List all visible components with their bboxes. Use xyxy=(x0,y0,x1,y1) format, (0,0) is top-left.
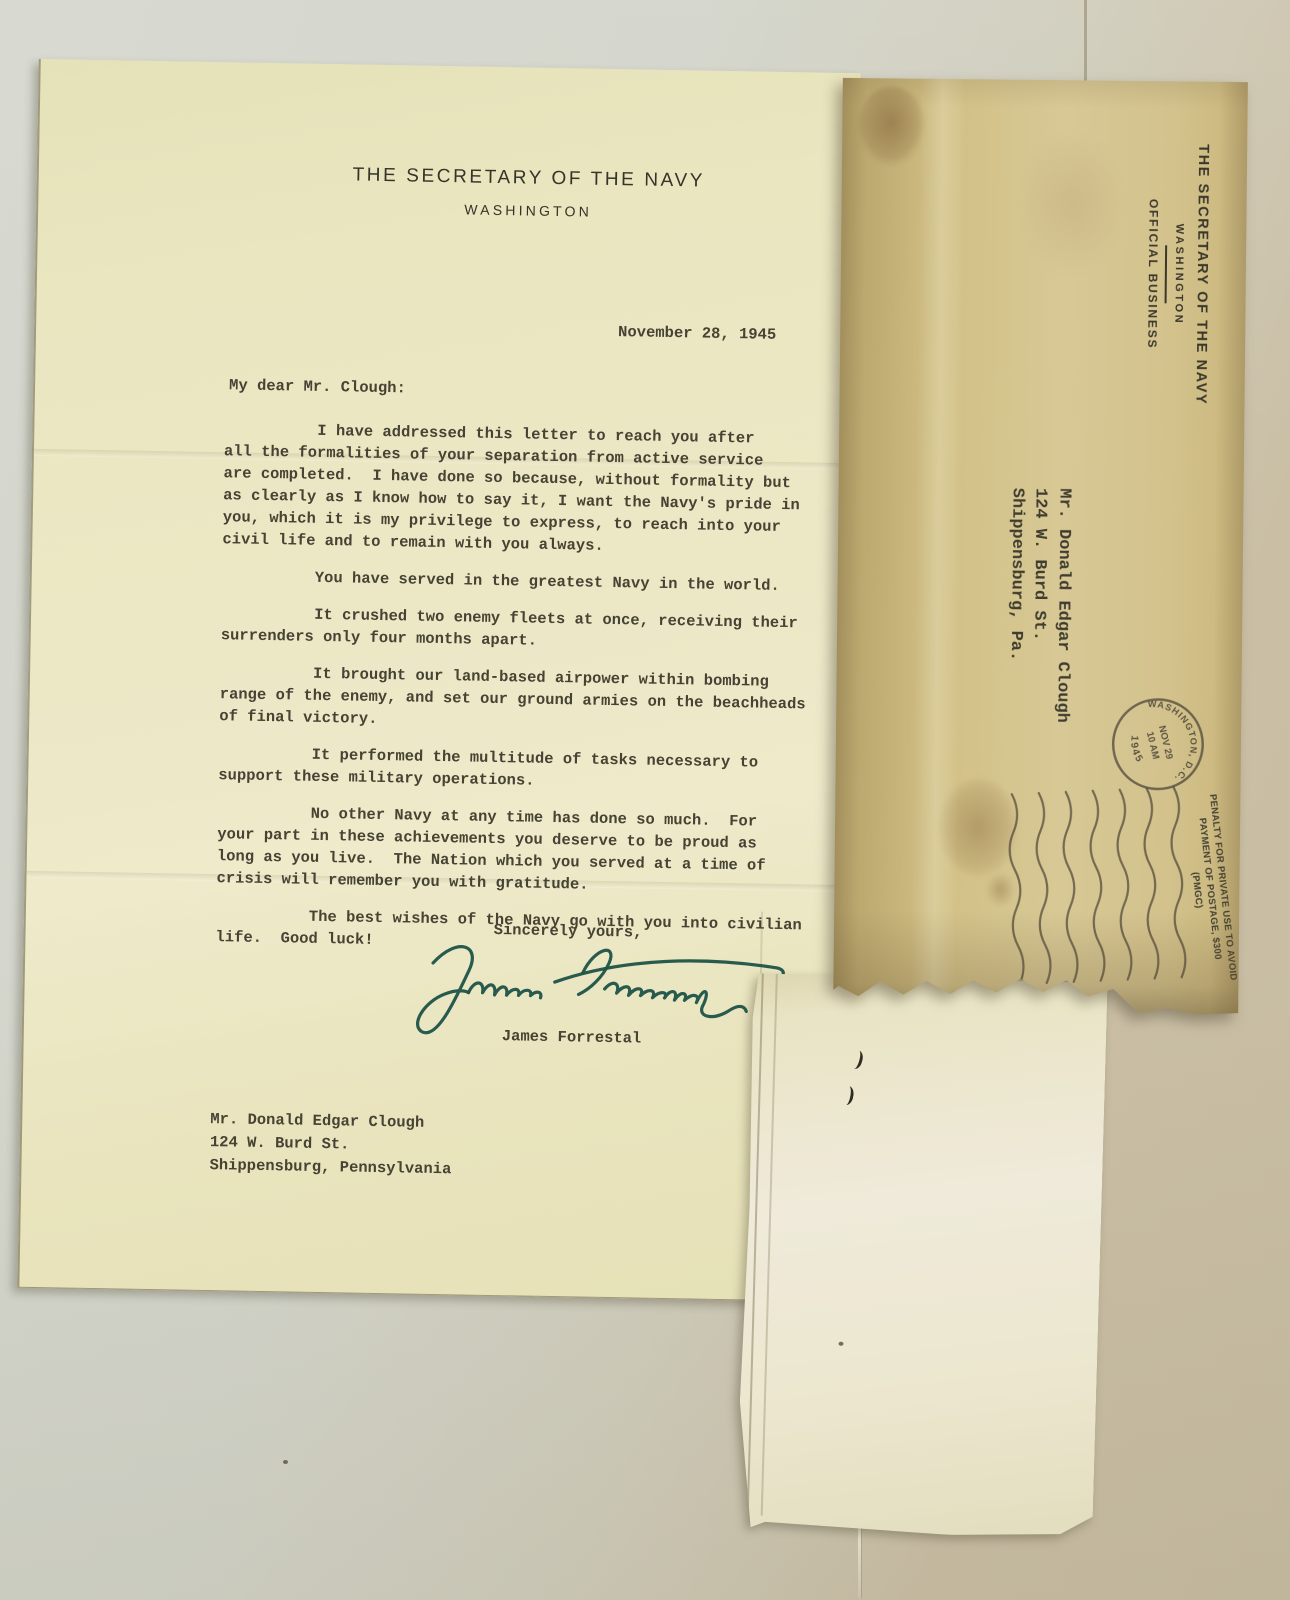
paragraph-1: I have addressed this letter to reach yo… xyxy=(222,418,844,561)
salutation: My dear Mr. Clough: xyxy=(229,376,406,397)
paragraph-3: It crushed two enemy fleets at once, rec… xyxy=(221,602,842,657)
scratch-mark xyxy=(858,1526,861,1598)
paragraph-2: You have served in the greatest Navy in … xyxy=(222,565,842,598)
typed-signature: James Forrestal xyxy=(502,1027,642,1047)
letter-date: November 28, 1945 xyxy=(618,323,776,344)
letter-sheet: THE SECRETARY OF THE NAVY WASHINGTON Nov… xyxy=(17,59,860,1302)
letter-recipient-block: Mr. Donald Edgar Clough 124 W. Burd St. … xyxy=(209,1108,452,1181)
second-sheet-paper xyxy=(736,973,1107,1539)
second-sheet xyxy=(744,978,1100,1534)
letter-body: I have addressed this letter to reach yo… xyxy=(215,418,844,974)
background-speck xyxy=(283,1460,288,1464)
paragraph-5: It performed the multitude of tasks nece… xyxy=(218,742,839,797)
pen-mark xyxy=(839,1085,855,1106)
sheet-fold-edge xyxy=(747,973,764,1521)
cancellation-waves xyxy=(833,78,1248,1015)
letterhead-line1: THE SECRETARY OF THE NAVY xyxy=(179,161,879,195)
paragraph-6: No other Navy at any time has done so mu… xyxy=(216,801,837,900)
photo-of-documents: THE SECRETARY OF THE NAVY WASHINGTON Nov… xyxy=(0,0,1290,1600)
recipient-city: Shippensburg, Pennsylvania xyxy=(209,1154,451,1181)
paper-speck xyxy=(838,1342,843,1346)
envelope: THE SECRETARY OF THE NAVY WASHINGTON OFF… xyxy=(833,78,1248,1015)
wall-seam-line xyxy=(1084,0,1087,92)
letterhead-line2: WASHINGTON xyxy=(178,196,878,224)
pen-mark xyxy=(847,1049,865,1071)
paragraph-4: It brought our land-based airpower withi… xyxy=(219,661,840,738)
envelope-face: THE SECRETARY OF THE NAVY WASHINGTON OFF… xyxy=(833,78,1248,1015)
sheet-crease-line xyxy=(761,974,778,1516)
letterhead: THE SECRETARY OF THE NAVY WASHINGTON xyxy=(178,161,879,224)
